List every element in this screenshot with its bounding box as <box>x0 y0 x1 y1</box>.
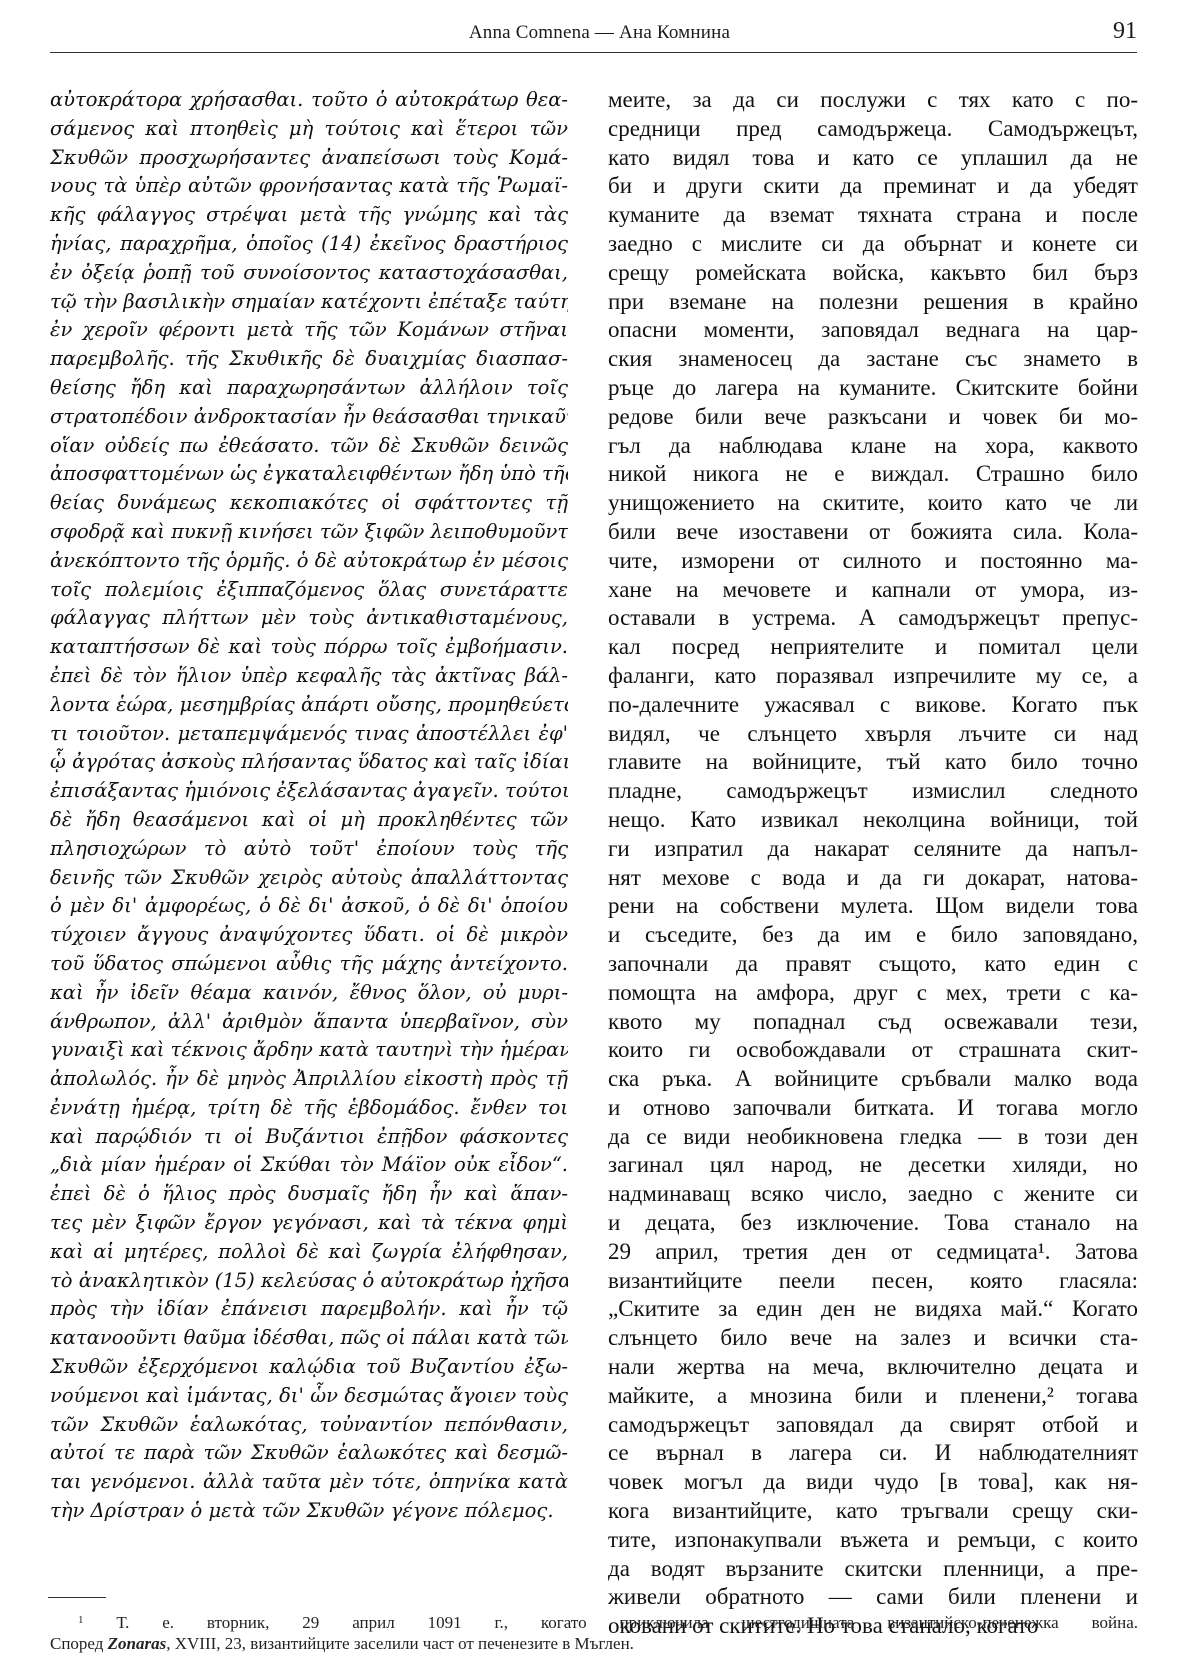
greek-line: Σκυθῶν προσχωρήσαντες ἀναπείσωσι τοὺς Κο… <box>50 144 568 173</box>
greek-line: σφοδρᾷ καὶ πυκνῇ κινήσει τῶν ξιφῶν λειπο… <box>50 518 568 547</box>
greek-line: ἀποσφαττομένων ὡς ἐγκαταλειφθέντων ἤδη ὑ… <box>50 460 568 489</box>
bulgarian-line: никой никога не е виждал. Страшно било <box>608 460 1138 489</box>
bulgarian-line: които ги освобождавали от страшната скит… <box>608 1036 1138 1065</box>
bulgarian-line: майките, а мнозина били и пленени,² тога… <box>608 1382 1138 1411</box>
greek-line: θείσης ἤδη καὶ παραχωρησάντων ἀλλήλοιν τ… <box>50 374 568 403</box>
greek-line: ἐν χεροῖν φέροντι μετὰ τῆς τῶν Κομάνων σ… <box>50 316 568 345</box>
bulgarian-line: като видял това и като се уплашил да не <box>608 144 1138 173</box>
bulgarian-line: пладне, самодържецът измислил следното <box>608 777 1138 806</box>
bulgarian-line: се върнал в лагера си. И наблюдателният <box>608 1439 1138 1468</box>
header-rule <box>50 52 1137 53</box>
bulgarian-line: гъл да наблюдава клане на хора, каквото <box>608 432 1138 461</box>
greek-line: τὴν Δρίστραν ὁ μετὰ τῶν Σκυθῶν γέγονε πό… <box>50 1497 568 1526</box>
greek-line: αὐτοί τε παρὰ τῶν Σκυθῶν ἑαλωκότες καὶ δ… <box>50 1439 568 1468</box>
greek-line: ὁ μὲν δι' ἀμφορέως, ὁ δὲ δι' ἀσκοῦ, ὁ δὲ… <box>50 892 568 921</box>
greek-line: τι τοιοῦτον. μεταπεμψάμενός τινας ἀποστέ… <box>50 720 568 749</box>
bulgarian-line: би и други скити да преминат и да убедят <box>608 172 1138 201</box>
bulgarian-line: слънцето било вече на залез и всички ста… <box>608 1324 1138 1353</box>
greek-line: αὐτοκράτορα χρήσασθαι. τοῦτο ὁ αὐτοκράτω… <box>50 86 568 115</box>
bulgarian-line: ги изпратил да накарат селяните да напъл… <box>608 835 1138 864</box>
bulgarian-line: квото му попаднал съд освежавали тези, <box>608 1008 1138 1037</box>
bulgarian-line: оставали в устрема. А самодържецът препу… <box>608 604 1138 633</box>
greek-line: λοντα ἑώρα, μεσημβρίας ἀπάρτι οὔσης, προ… <box>50 691 568 720</box>
greek-line: καὶ παρῴδιόν τι οἱ Βυζάντιοι ἐπῇδον φάσκ… <box>50 1123 568 1152</box>
greek-line: ἀνεκόπτοντο τῆς ὁρμῆς. ὁ δὲ αὐτοκράτωρ ἐ… <box>50 547 568 576</box>
greek-line: τες μὲν ξιφῶν ἔργον γεγόνασι, καὶ τὰ τέκ… <box>50 1209 568 1238</box>
bulgarian-line: меите, за да си послужи с тях като с по- <box>608 86 1138 115</box>
greek-line: δὲ ἤδη θεασάμενοι καὶ οἱ μὴ προκληθέντες… <box>50 806 568 835</box>
bulgarian-line: човек могъл да види чудо [в това], как н… <box>608 1468 1138 1497</box>
bulgarian-line: нали жертва на меча, включително децата … <box>608 1353 1138 1382</box>
greek-line: τὸ ἀνακλητικὸν (15) κελεύσας ὁ αὐτοκράτω… <box>50 1267 568 1296</box>
greek-line: ται γενόμενοι. ἀλλὰ ταῦτα μὲν τότε, ὁπην… <box>50 1468 568 1497</box>
greek-line: δεινῆς τῶν Σκυθῶν χειρὸς αὐτοὺς ἀπαλλάττ… <box>50 864 568 893</box>
cited-author: Zonaras <box>108 1634 167 1653</box>
bulgarian-line: и децата, без изключение. Това станало н… <box>608 1209 1138 1238</box>
greek-line: καταπτήσσων δὲ καὶ τοὺς πόρρω τοῖς ἐμβοή… <box>50 633 568 662</box>
greek-line: ᾧ ἀγρότας ἀσκοὺς πλήσαντας ὕδατος καὶ τα… <box>50 748 568 777</box>
bulgarian-line: нещо. Като извикал неколцина войници, то… <box>608 806 1138 835</box>
footnotes: 1 Т. е. вторник, 29 април 1091 г., когат… <box>50 1612 1138 1654</box>
bulgarian-line: нят мехове с вода и да ги докарат, натов… <box>608 864 1138 893</box>
page-header: Anna Comnena — Ана Комнина 91 <box>62 16 1137 56</box>
greek-line: τῶν Σκυθῶν ἑαλωκότας, τοὐναντίον πεπόνθα… <box>50 1411 568 1440</box>
bulgarian-line: видял, че слънцето хвърля лъчите си над <box>608 720 1138 749</box>
bulgarian-line: средници пред самодържеца. Самодържецът, <box>608 115 1138 144</box>
bulgarian-line: надминаващ всяко число, заедно с жените … <box>608 1180 1138 1209</box>
bulgarian-line: кал посред неприятелите и помитал цели <box>608 633 1138 662</box>
bulgarian-line: тите, изпонакупвали въжета и ремъци, с к… <box>608 1526 1138 1555</box>
bulgarian-line: редове били вече разкъсани и човек би мо… <box>608 403 1138 432</box>
greek-line: τῷ τὴν βασιλικὴν σημαίαν κατέχοντι ἐπέτα… <box>50 288 568 317</box>
bulgarian-line: били вече изоставени от божията сила. Ко… <box>608 518 1138 547</box>
bulgarian-line: ския знаменосец да застане със знамето в <box>608 345 1138 374</box>
greek-line: ἀπολωλός. ἦν δὲ μηνὸς Ἀπριλλίου εἰκοστὴ … <box>50 1065 568 1094</box>
bulgarian-line: по-далечните ужасявал с викове. Когато п… <box>608 691 1138 720</box>
footnote-marker: 1 <box>78 1614 84 1626</box>
bulgarian-line: хане на мечовете и капнали от умора, из- <box>608 576 1138 605</box>
greek-line: „διὰ μίαν ἡμέραν οἱ Σκύθαι τὸν Μάϊον οὐκ… <box>50 1151 568 1180</box>
greek-line: ἐπεὶ δὲ ὁ ἥλιος πρὸς δυσμαῖς ἤδη ἦν καὶ … <box>50 1180 568 1209</box>
bulgarian-line: византийците пеели песен, която гласяла: <box>608 1267 1138 1296</box>
greek-line: παρεμβολῆς. τῆς Σκυθικῆς δὲ δυαιχμίας δι… <box>50 345 568 374</box>
bulgarian-line: опасни моменти, заповядал веднага на цар… <box>608 316 1138 345</box>
footnote-rule <box>48 1597 106 1598</box>
bulgarian-line: кога византийците, като тръгвали срещу с… <box>608 1497 1138 1526</box>
greek-line: στρατοπέδοιν ἀνδροκτασίαν ἦν θεάσασθαι τ… <box>50 403 568 432</box>
bulgarian-line: да водят вързаните скитски пленници, а п… <box>608 1555 1138 1584</box>
greek-line: ἐπεὶ δὲ τὸν ἥλιον ὑπὲρ κεφαλῆς τὰς ἀκτῖν… <box>50 662 568 691</box>
greek-line: νούμενοι καὶ ἱμάντας, δι' ὧν δεσμώτας ἄγ… <box>50 1382 568 1411</box>
bulgarian-translation-column: меите, за да си послужи с тях като с по-… <box>608 86 1138 1641</box>
bulgarian-line: започнали да правят същото, като един с <box>608 950 1138 979</box>
greek-line: ἐν ὀξείᾳ ῥοπῇ τοῦ συνοίσοντος καταστοχάσ… <box>50 259 568 288</box>
bulgarian-line: ръце до лагера на куманите. Скитските бо… <box>608 374 1138 403</box>
bulgarian-line: при вземане на полезни решения в крайно <box>608 288 1138 317</box>
greek-line: οἵαν οὐδείς πω ἐθεάσατο. τῶν δὲ Σκυθῶν δ… <box>50 432 568 461</box>
running-title: Anna Comnena — Ана Комнина <box>62 22 1137 44</box>
footnote-1-line-2: Според Zonaras, XVIII, 23, византийците … <box>50 1633 1138 1654</box>
bulgarian-line: и съседите, без да им е било заповядано, <box>608 921 1138 950</box>
page-number: 91 <box>1113 18 1137 45</box>
greek-line: σάμενος καὶ πτοηθεὶς μὴ τούτοις καὶ ἕτερ… <box>50 115 568 144</box>
bulgarian-line: да се види необикновена гледка — в този … <box>608 1123 1138 1152</box>
bulgarian-line: и отново започвали битката. И тогава мог… <box>608 1094 1138 1123</box>
greek-line: πλησιοχώρων τὸ αὐτὸ τοῦτ' ἐποίουν τοὺς τ… <box>50 835 568 864</box>
greek-line: άνθρωπον, ἀλλ' ἀριθμὸν ἅπαντα ὑπερβαῖνον… <box>50 1008 568 1037</box>
bulgarian-line: 29 април, третия ден от седмицата¹. Зато… <box>608 1238 1138 1267</box>
greek-line: ἡνίας, παραχρῆμα, ὁποῖος (14) ἐκεῖνος δρ… <box>50 230 568 259</box>
bulgarian-line: чите, изморени от силното и постоянно ма… <box>608 547 1138 576</box>
bulgarian-line: рени на собствени мулета. Щом видели тов… <box>608 892 1138 921</box>
greek-line: θείας δυνάμεως κεκοπιακότες οἱ σφάττοντε… <box>50 489 568 518</box>
bulgarian-line: фаланги, като поразявал изпречилите му с… <box>608 662 1138 691</box>
bulgarian-line: главите на войниците, тъй като било точн… <box>608 748 1138 777</box>
greek-text-column: αὐτοκράτορα χρήσασθαι. τοῦτο ὁ αὐτοκράτω… <box>50 86 568 1526</box>
greek-line: κῆς φάλαγγος στρέψαι μετὰ τῆς γνώμης καὶ… <box>50 201 568 230</box>
greek-line: καὶ αἱ μητέρες, πολλοὶ δὲ καὶ ζωγρία ἐλή… <box>50 1238 568 1267</box>
bulgarian-line: ска ръка. А войниците сръбвали малко вод… <box>608 1065 1138 1094</box>
footnote-1-line-1: 1 Т. е. вторник, 29 април 1091 г., когат… <box>50 1612 1138 1633</box>
greek-line: γυναιξὶ καὶ τέκνοις ἄρδην κατὰ ταυτηνὶ τ… <box>50 1036 568 1065</box>
greek-line: ἐπισάξαντας ἡμιόνοις ἐξελάσαντας ἀγαγεῖν… <box>50 777 568 806</box>
bulgarian-line: унищожението на скитите, които като че л… <box>608 489 1138 518</box>
bulgarian-line: „Скитите за един ден не видяха май.“ Ког… <box>608 1295 1138 1324</box>
bulgarian-line: загинал цял народ, не десетки хиляди, но <box>608 1151 1138 1180</box>
greek-line: τύχοιεν ἄγγους ἀναψύχοντες ὕδατι. οἱ δὲ … <box>50 921 568 950</box>
greek-line: ἐννάτῃ ἡμέρᾳ, τρίτη δὲ τῆς ἑβδομάδος. ἔν… <box>50 1094 568 1123</box>
bulgarian-line: срещу ромейската войска, какъвто бил бър… <box>608 259 1138 288</box>
greek-line: Σκυθῶν ἐξερχόμενοι καλῴδια τοῦ Βυζαντίου… <box>50 1353 568 1382</box>
greek-line: τοῦ ὕδατος σπώμενοι αὖθις τῆς μάχης ἀντε… <box>50 950 568 979</box>
greek-line: νους τὰ ὑπὲρ αὐτῶν φρονήσαντας κατὰ τῆς … <box>50 172 568 201</box>
greek-line: φάλαγγας πλήττων μὲν τοὺς ἀντικαθισταμέν… <box>50 604 568 633</box>
greek-line: πρὸς τὴν ἰδίαν ἐπάνεισι παρεμβολήν. καὶ … <box>50 1295 568 1324</box>
bulgarian-line: помощта на амфора, друг с мех, трети с к… <box>608 979 1138 1008</box>
bulgarian-line: куманите да вземат тяхната страна и посл… <box>608 201 1138 230</box>
bulgarian-line: самодържецът заповядал да свирят отбой и <box>608 1411 1138 1440</box>
greek-line: κατανοοῦντι θαῦμα ἰδέσθαι, πῶς οἱ πάλαι … <box>50 1324 568 1353</box>
bulgarian-line: живели обратното — сами били пленени и <box>608 1583 1138 1612</box>
bulgarian-line: заедно с мислите си да обърнат и конете … <box>608 230 1138 259</box>
greek-line: τοῖς πολεμίοις ἐξιππαζόμενος ὅλας συνετά… <box>50 576 568 605</box>
greek-line: καὶ ἦν ἰδεῖν θέαμα καινόν, ἔθνος ὅλον, ο… <box>50 979 568 1008</box>
